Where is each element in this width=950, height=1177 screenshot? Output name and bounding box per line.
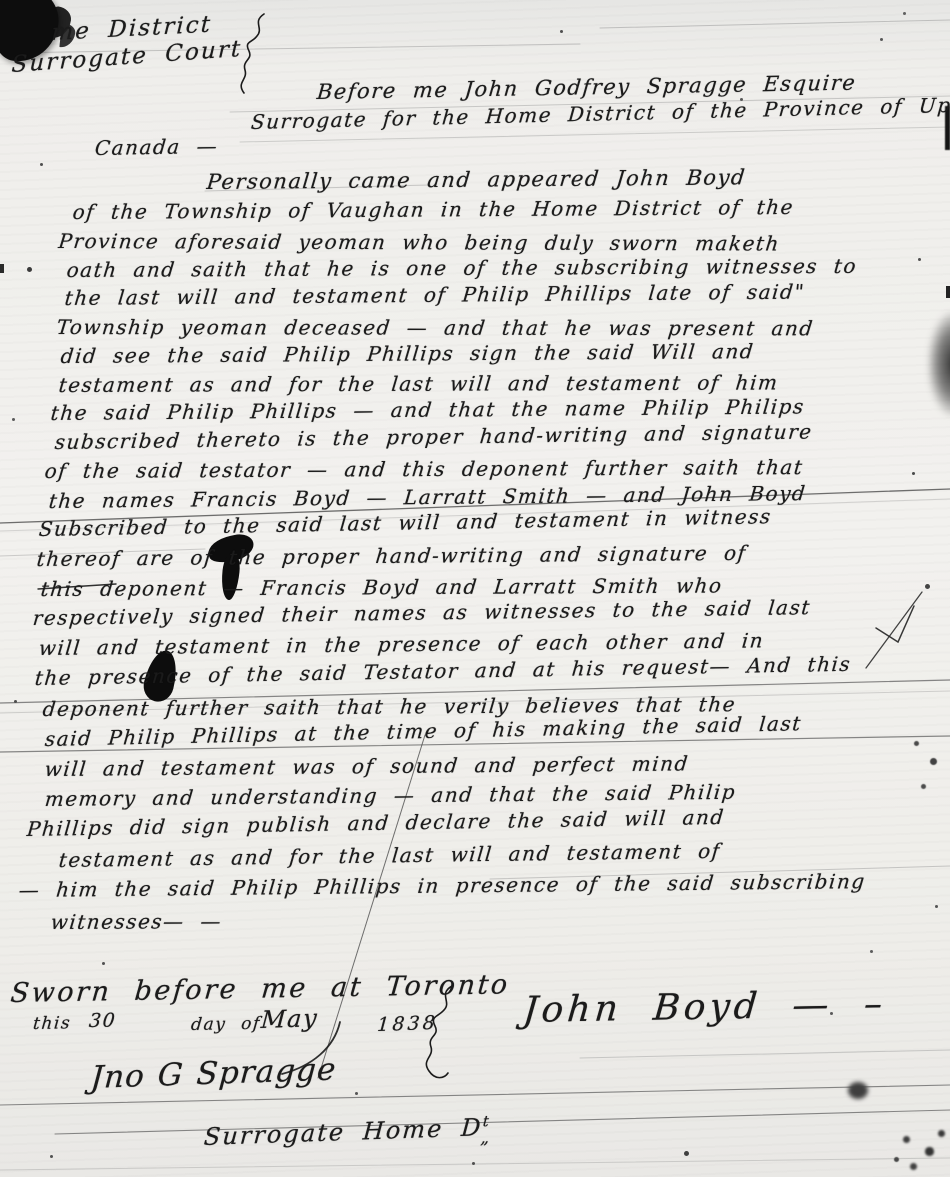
body-line: Township yeoman deceased — and that he w… — [55, 315, 815, 340]
body-line: of the Township of Vaughan in the Home D… — [72, 195, 796, 224]
ink-smudge-dot — [848, 1082, 868, 1099]
body-line: — him the said Philip Phillips in presen… — [18, 869, 867, 902]
header-brace-icon — [241, 14, 264, 93]
body-line: will and testament was of sound and perf… — [44, 751, 690, 781]
jurat-day-of-label: day of — [190, 1014, 261, 1035]
body-line: the last will and testament of Philip Ph… — [64, 280, 807, 310]
surrogate-title-text: Surrogate Home D — [203, 1113, 483, 1151]
jurat-sworn-line: Sworn before me at Toronto — [9, 969, 511, 1009]
body-line: oath and saith that he is one of the sub… — [66, 254, 859, 282]
body-line: Province aforesaid yeoman who being duly… — [57, 229, 781, 256]
body-line: subscribed thereto is the proper hand-wr… — [54, 419, 814, 454]
paper-speckles — [0, 0, 3, 3]
body-line: did see the said Philip Phillips sign th… — [60, 339, 756, 368]
body-line: testament as and for the last will and t… — [58, 839, 722, 872]
signature-spragge: Jno G Spragge — [89, 1051, 337, 1096]
jurat-day-number: 30 — [88, 1010, 117, 1032]
body-line: thereof are of the proper hand-writing a… — [36, 541, 748, 571]
jurat-year: 1838 — [376, 1012, 438, 1036]
body-line: of the said testator — and this deponent… — [44, 455, 805, 483]
right-edge-tick — [946, 286, 950, 298]
signature-john-boyd: John Boyd — – — [521, 984, 888, 1031]
body-opening-line: Personally came and appeared John Boyd — [206, 165, 747, 194]
body-line: witnesses— — — [50, 909, 224, 934]
right-edge-smudge — [928, 312, 950, 416]
jurat-this-label: this — [32, 1013, 72, 1034]
body-line: testament as and for the last will and t… — [58, 370, 780, 397]
document-page: me District Surrogate Court Before me Jo… — [0, 0, 950, 1177]
surrogate-title-mark: „ — [480, 1127, 492, 1147]
signature-surrogate-title: Surrogate Home Dt„ — [203, 1112, 502, 1151]
body-line: Phillips did sign publish and declare th… — [26, 805, 726, 841]
left-edge-tick — [0, 264, 4, 273]
jurat-month: May — [260, 1004, 319, 1034]
preamble-line-3: Canada — — [94, 134, 219, 160]
